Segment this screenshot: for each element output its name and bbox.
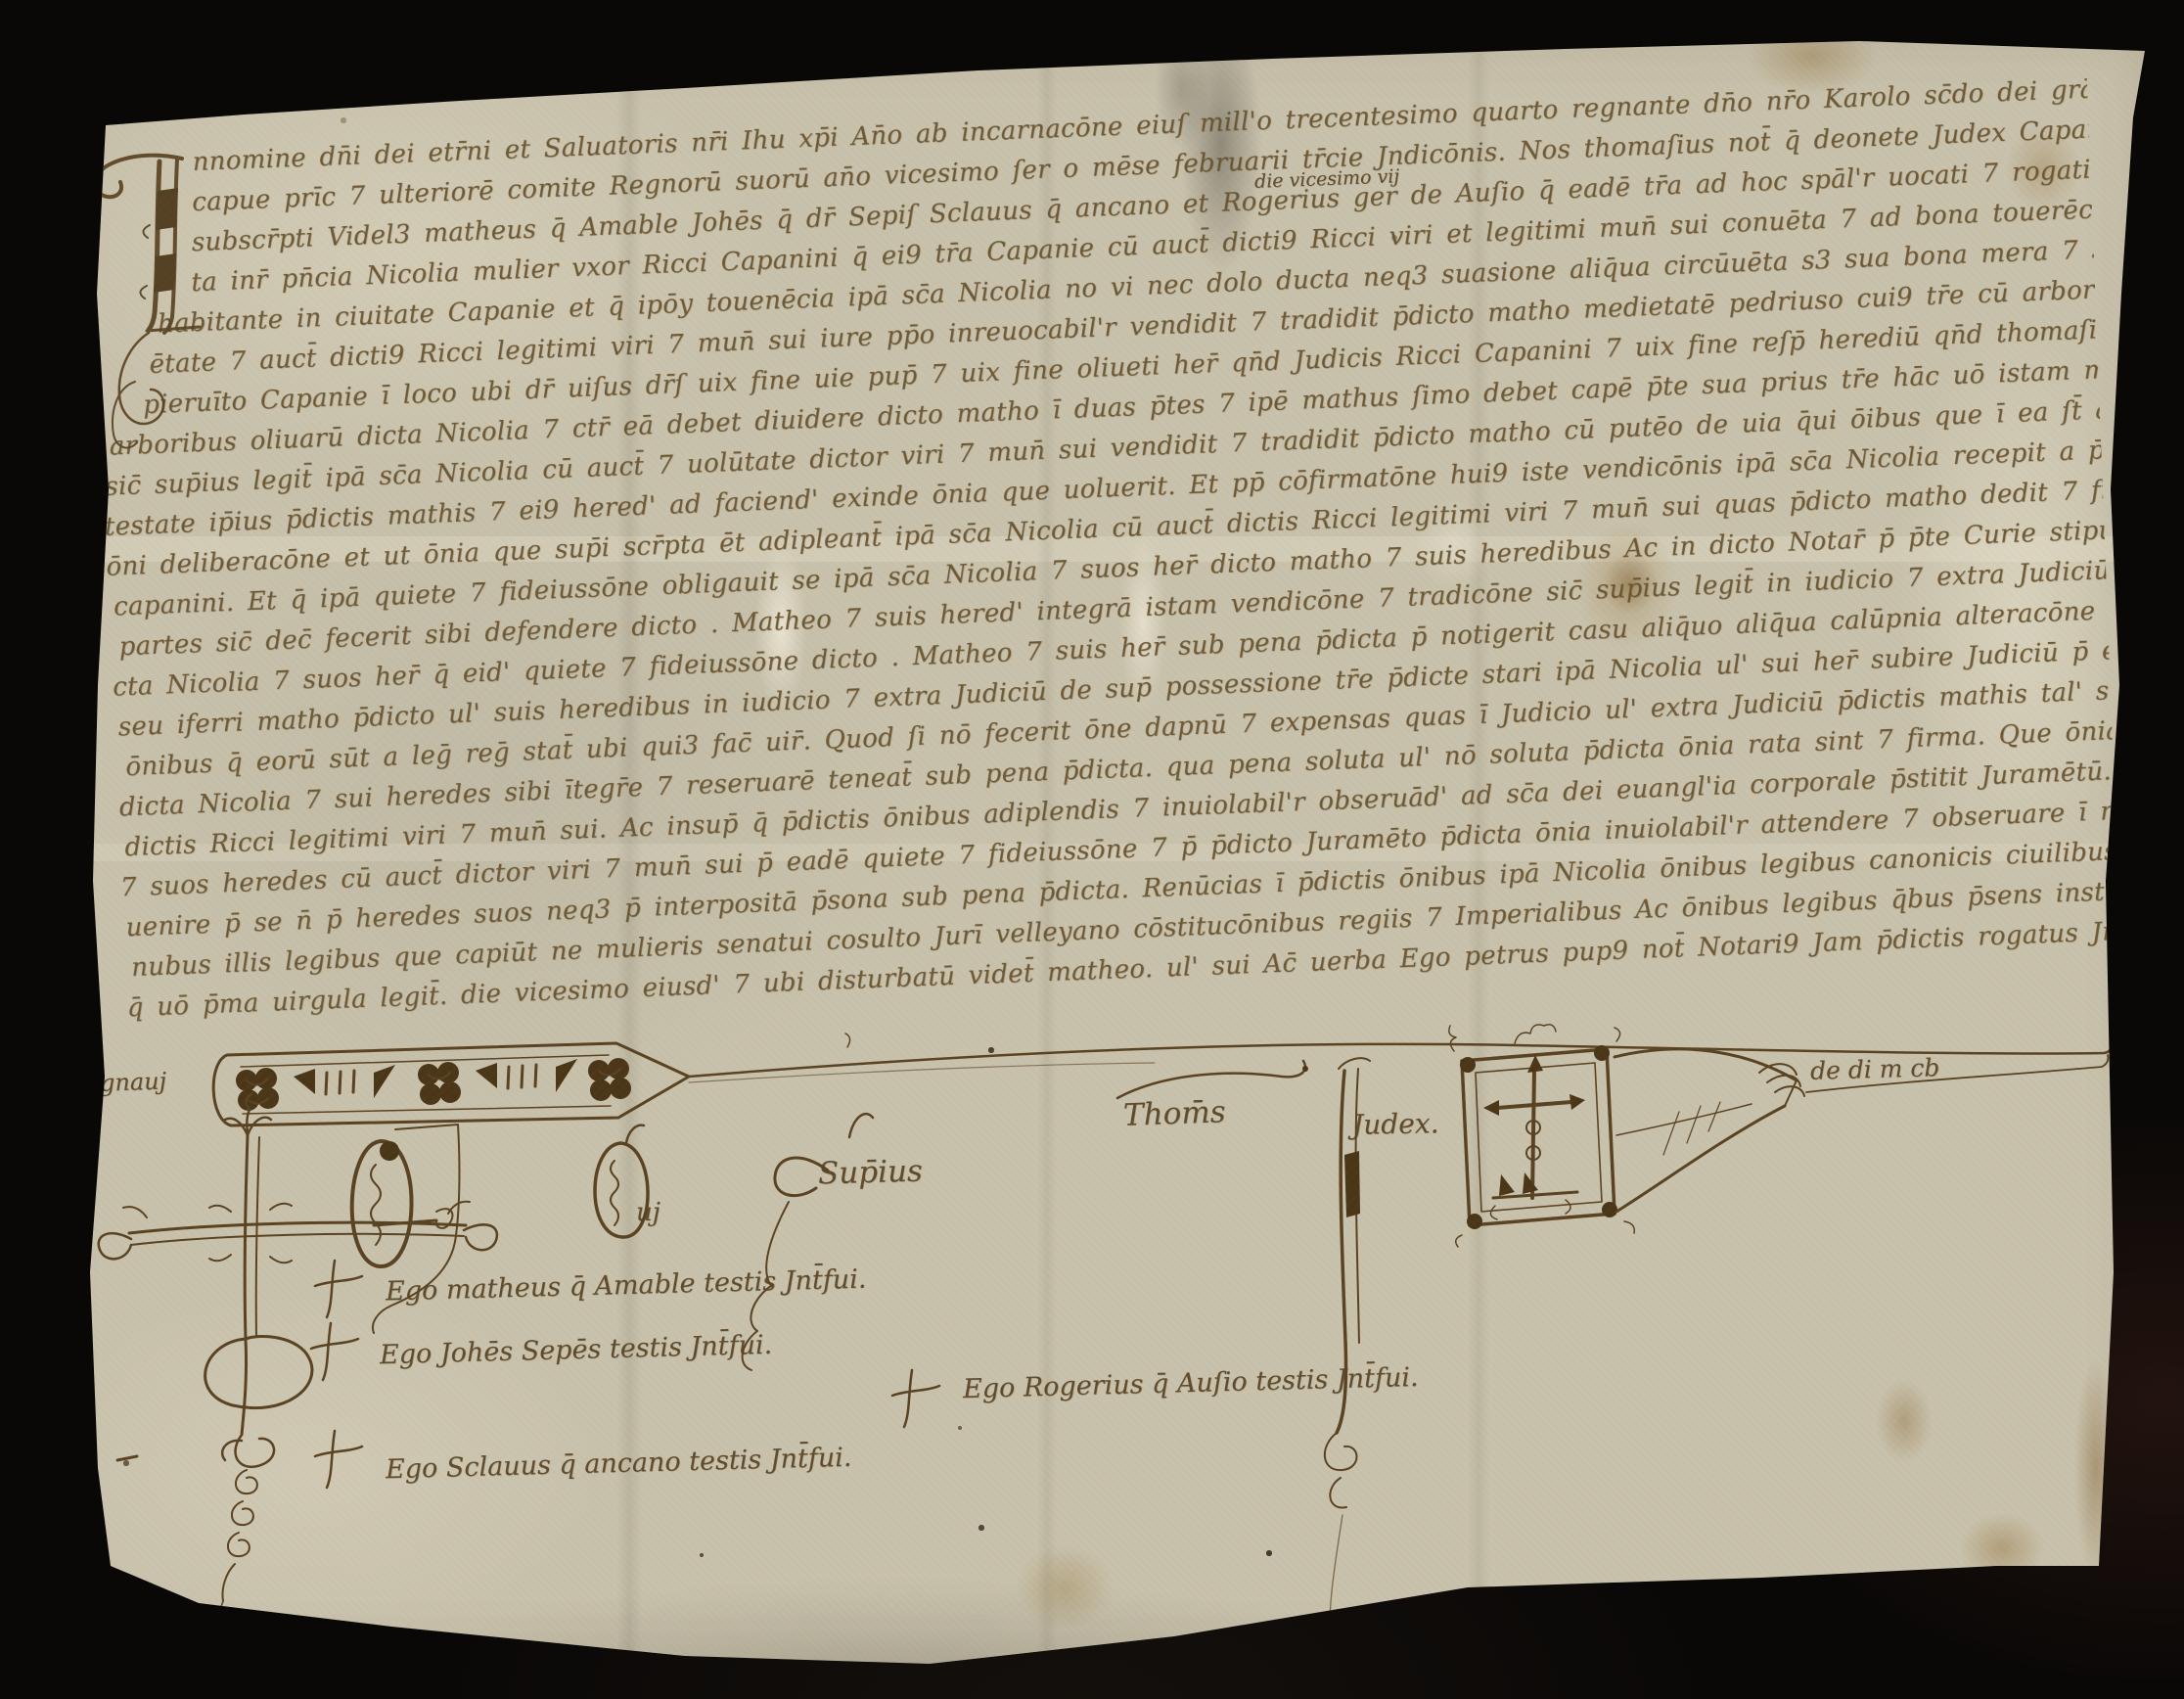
text-line: capanini. Et q̄ ipā quiete 7 fideiussōne… — [107, 511, 2105, 627]
text-line: ētate 7 auct̄ dicti9 Ricci legitimi viri… — [98, 270, 2096, 387]
superius-word: Sup̄ius — [818, 1154, 924, 1192]
photo-stage: nnomine dn̄i dei etr̄ni et Saluatoris nr… — [0, 0, 2184, 1699]
notary-tail-letters: de di m cb — [1810, 1053, 1940, 1084]
thomas-flourish — [1117, 1061, 1308, 1098]
charter-text-block: nnomine dn̄i dei etr̄ni et Saluatoris nr… — [90, 70, 2120, 1030]
text-line: sic̄ sup̄ius legit̄ ipā sc̄a Nicolia cū … — [103, 390, 2101, 507]
text-line: cta Nicolia 7 suos her̄ q̄ eid' quiete 7… — [110, 591, 2108, 708]
parchment-sheet: nnomine dn̄i dei etr̄ni et Saluatoris nr… — [0, 0, 2184, 1699]
text-line: ōni deliberacōne et ut ōnia que sup̄i sc… — [106, 471, 2104, 587]
iudex-word: Judex. — [1352, 1107, 1439, 1141]
text-line: ta inr̄ pn̄cia Nicolia mulier vxor Ricci… — [95, 191, 2093, 307]
text-line: nubus illis legibus que capiūt ne mulier… — [120, 872, 2118, 988]
ink-specks — [0, 0, 2, 2]
thomas-word: Thom̄s — [1122, 1094, 1226, 1133]
witness-line-rogerius: Ego Rogerius q̄ Auſio testis Jnt̄fui. — [963, 1362, 1419, 1404]
interlinear-insert: die vicesimo vij — [1254, 165, 1400, 193]
text-line: q̄ uō p̄ma uirgula legit̄. die vicesimo … — [122, 912, 2120, 1029]
text-line: subscr̄pti Videl3 matheus q̄ Amable Johē… — [93, 151, 2091, 267]
notary-tail-underline — [1806, 1055, 2108, 1092]
text-line: habitante in ciuitate Capanie et q̄ ipōy… — [96, 230, 2094, 346]
text-line: capue prīc 7 ulteriorē comite Regnorū su… — [92, 111, 2090, 227]
superius-flourish — [743, 1114, 873, 1370]
iudex-swash — [1325, 1058, 1380, 1652]
text-line: dicta Nicolia 7 sui heredes sibi ītegr̄e… — [114, 712, 2113, 828]
initial-letter-i — [95, 156, 200, 448]
text-line: arboribus oliuarū dicta Nicolia 7 ctr̄ e… — [101, 350, 2099, 467]
pen-ornaments — [0, 0, 2184, 1699]
witness-line-johannes: Ego Johēs Sepēs testis Jnt̄fui. — [380, 1330, 773, 1370]
witness-line-matheus: Ego matheus q̄ Amable testis Jnt̄fui. — [386, 1264, 867, 1308]
text-line: partes sic̄ dec̄ fecerit sibi defendere … — [109, 551, 2107, 667]
text-line: 7 suos heredes cū auct̄ dictor viri 7 mu… — [117, 792, 2116, 908]
text-line: testate ip̄ius p̄dictis mathis 7 ei9 her… — [104, 431, 2102, 547]
box-signum — [1449, 1025, 1804, 1247]
text-line: nnomine dn̄i dei etr̄ni et Saluatoris nr… — [90, 70, 2088, 187]
g-sign — [352, 1125, 460, 1333]
text-line: uenire p̄ se n̄ p̄ heredes suos neq3 p̄ … — [119, 832, 2117, 948]
qui-sign — [595, 1125, 648, 1237]
text-line: dictis Ricci legitimi viri 7 mun̄ sui. A… — [116, 752, 2115, 868]
signum-banner — [213, 1033, 2112, 1125]
text-line: seu iferri matho p̄dicto ul' suis heredi… — [112, 631, 2110, 748]
qui-sign-letters: uj — [636, 1198, 660, 1227]
text-line: pieruīto Capanie ī loco ubi dr̄ uiſus dr… — [99, 310, 2097, 427]
signavi-label: signauj — [80, 1067, 167, 1097]
witness-line-sclavus: Ego Sclauus q̄ ancano testis Jnt̄fui. — [386, 1443, 852, 1485]
text-line: ōnibus q̄ eorū sūt a leḡ reḡ stat̄ ubi q… — [114, 671, 2112, 788]
notarial-cross — [99, 1094, 497, 1654]
witness-cross-icon — [311, 1261, 939, 1488]
